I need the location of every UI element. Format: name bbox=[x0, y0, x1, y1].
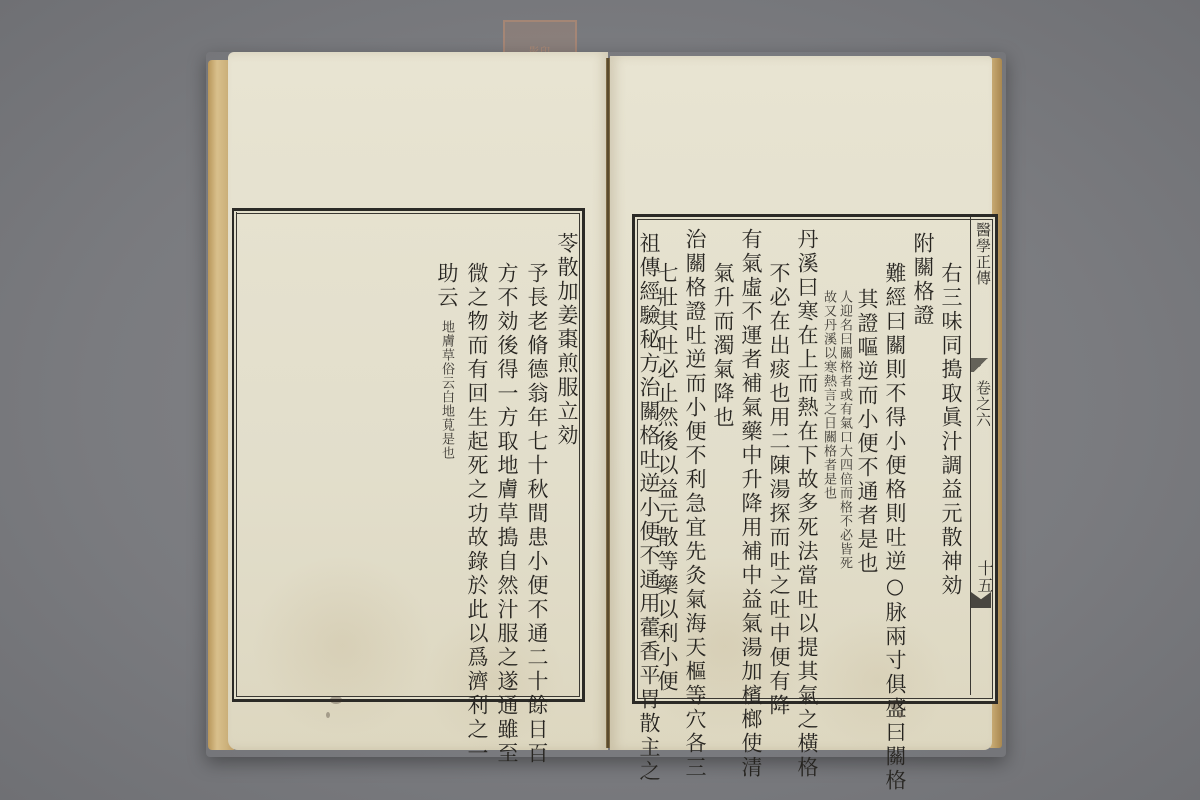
right-col-12: 祖傳經驗秘方治關格吐逆小便不通用藿香平胃散主之 bbox=[638, 232, 659, 784]
ink-stain bbox=[890, 700, 900, 710]
left-page-banxin-edge bbox=[228, 212, 237, 696]
banxin-page-number: 十五 bbox=[973, 560, 996, 594]
left-small-note: 地膚草俗云白地莧是也 bbox=[440, 320, 453, 460]
right-col-1: 右三味同搗取眞汁調益元散神効 bbox=[940, 262, 961, 598]
fishtail-upper-mark bbox=[971, 358, 991, 372]
banxin-center-column bbox=[970, 217, 993, 695]
right-col-4: 其證嘔逆而小便不通者是也 bbox=[856, 288, 877, 576]
left-col-4: 微之物而有回生起死之功故錄於此以爲濟利之一 bbox=[466, 262, 487, 766]
right-col-6: 丹溪曰寒在上而熱在下故多死法當吐以提其氣之橫格 bbox=[796, 228, 817, 780]
right-interlinear-note-1: 人迎名曰關格者或有氣口大四倍而格不必皆死 bbox=[838, 290, 851, 570]
right-col-8: 有氣虛不運者補氣藥中升降用補中益氣湯加檳榔使清 bbox=[740, 228, 761, 780]
ink-stain bbox=[330, 696, 342, 704]
right-col-7: 不必在出痰也用二陳湯探而吐之吐中便有降 bbox=[768, 262, 789, 718]
left-col-1: 苓散加姜棗煎服立効 bbox=[556, 232, 577, 448]
right-interlinear-note-2: 故又丹溪以寒熱言之日關格者是也 bbox=[822, 290, 835, 500]
right-col-9: 氣升而濁氣降也 bbox=[712, 262, 733, 430]
ink-stain bbox=[898, 712, 902, 718]
banxin-book-title: 醫學正傳 bbox=[973, 222, 994, 286]
banxin-volume: 卷之六 bbox=[973, 380, 994, 428]
right-col-10: 治關格證吐逆而小便不利急宜先灸氣海天樞等穴各三 bbox=[684, 228, 705, 780]
left-col-3: 方不効後得一方取地膚草搗自然汁服之遂通雖至 bbox=[496, 262, 517, 766]
ink-stain bbox=[326, 712, 330, 718]
right-col-2-heading: 附關格證 bbox=[912, 232, 933, 328]
left-col-2: 予長老脩德翁年七十秋間患小便不通二十餘日百 bbox=[526, 262, 547, 766]
left-col-5: 助云 bbox=[436, 262, 457, 310]
